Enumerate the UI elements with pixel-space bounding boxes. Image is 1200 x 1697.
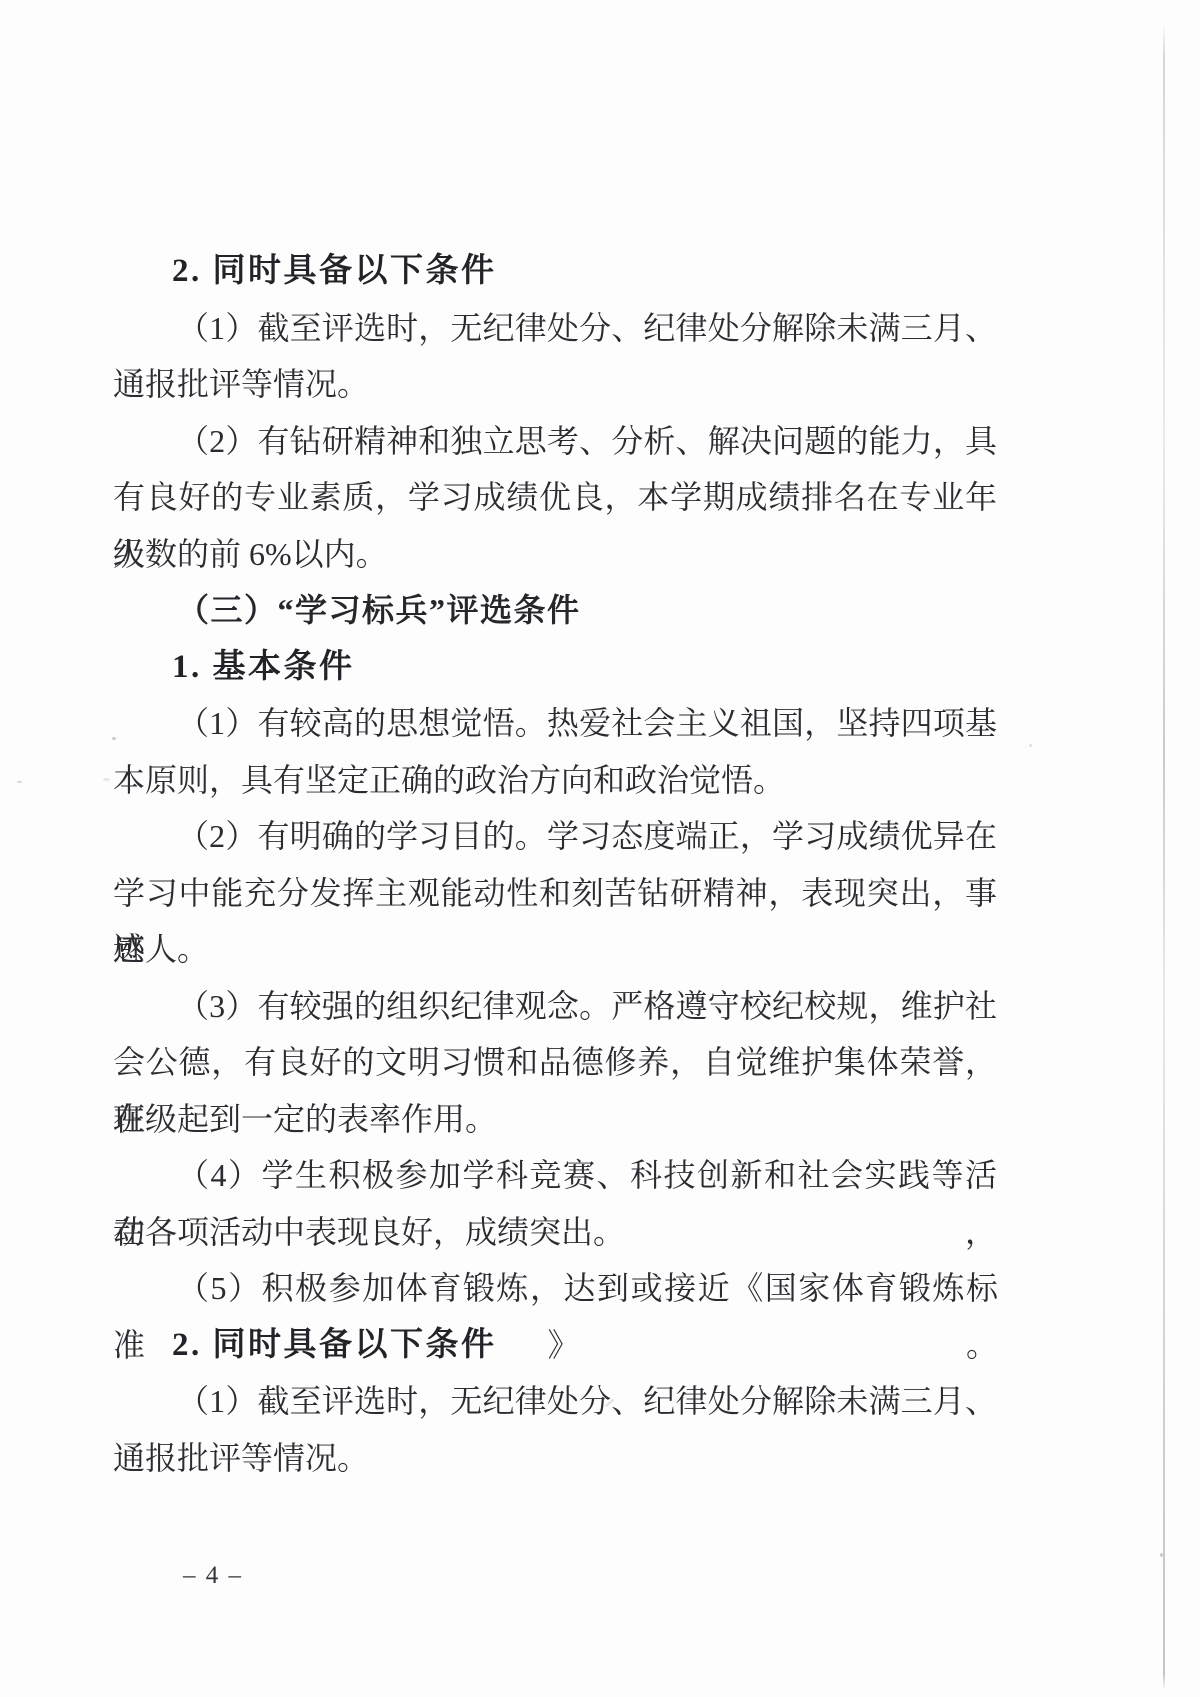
scan-noise-speck bbox=[1029, 744, 1032, 747]
scan-artifact-line bbox=[1163, 24, 1165, 1690]
text-line: 感人。 bbox=[113, 921, 997, 978]
text-line: （3）有较强的组织纪律观念。严格遵守校纪校规，维护社 bbox=[113, 978, 997, 1035]
text-line: （1）截至评选时，无纪律处分、纪律处分解除未满三月、 bbox=[113, 300, 997, 357]
text-line: 会公德，有良好的文明习惯和品德修养，自觉维护集体荣誉，在 bbox=[113, 1034, 997, 1091]
section-heading: 1. 基本条件 bbox=[113, 639, 997, 696]
text-line: （4）学生积极参加学科竞赛、科技创新和社会实践等活动， bbox=[113, 1147, 997, 1204]
text-line: （5）积极参加体育锻炼，达到或接近《国家体育锻炼标准》。 bbox=[113, 1260, 997, 1317]
sub-section-heading: （三）“学习标兵”评选条件 bbox=[113, 582, 997, 639]
text-line: 通报批评等情况。 bbox=[113, 356, 997, 413]
scan-noise-speck bbox=[103, 778, 110, 781]
text-line: （2）有钻研精神和独立思考、分析、解决问题的能力，具 bbox=[113, 413, 997, 470]
text-line: 通报批评等情况。 bbox=[113, 1430, 997, 1487]
scan-noise-speck bbox=[17, 781, 22, 783]
text-line: 班级起到一定的表率作用。 bbox=[113, 1091, 997, 1148]
text-line: （1）有较高的思想觉悟。热爱社会主义祖国，坚持四项基 bbox=[113, 695, 997, 752]
document-body: 2. 同时具备以下条件（1）截至评选时，无纪律处分、纪律处分解除未满三月、通报批… bbox=[113, 243, 997, 1486]
section-heading: 2. 同时具备以下条件 bbox=[113, 243, 997, 300]
document-page: 2. 同时具备以下条件（1）截至评选时，无纪律处分、纪律处分解除未满三月、通报批… bbox=[0, 0, 1200, 1697]
text-line: 人数的前 6%以内。 bbox=[113, 526, 997, 583]
text-line: 有良好的专业素质，学习成绩优良，本学期成绩排名在专业年级 bbox=[113, 469, 997, 526]
text-line: （1）截至评选时，无纪律处分、纪律处分解除未满三月、 bbox=[113, 1373, 997, 1430]
text-line: （2）有明确的学习目的。学习态度端正，学习成绩优异在 bbox=[113, 808, 997, 865]
text-line: 本原则，具有坚定正确的政治方向和政治觉悟。 bbox=[113, 752, 997, 809]
text-line: 学习中能充分发挥主观能动性和刻苦钻研精神，表现突出，事迹 bbox=[113, 865, 997, 922]
scan-noise-speck bbox=[1160, 1553, 1163, 1557]
page-number: – 4 – bbox=[183, 1556, 243, 1596]
